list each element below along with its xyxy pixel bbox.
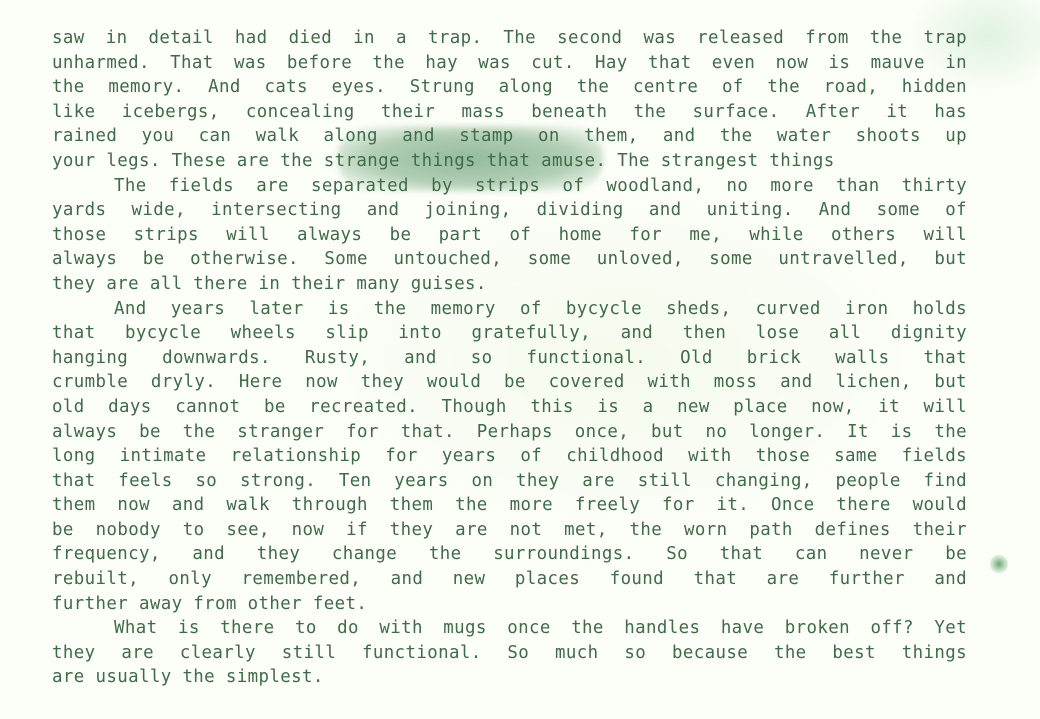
text-line: The fields are separated by strips of wo… (52, 174, 967, 199)
text-line: further away from other feet. (52, 592, 967, 617)
text-line: always be the stranger for that. Perhaps… (52, 420, 967, 445)
text-line: are usually the simplest. (52, 665, 967, 690)
text-line: long intimate relationship for years of … (52, 444, 967, 469)
text-line: they are all there in their many guises. (52, 272, 967, 297)
text-line: be nobody to see, now if they are not me… (52, 518, 967, 543)
text-line: like icebergs, concealing their mass ben… (52, 100, 967, 125)
text-line: that feels so strong. Ten years on they … (52, 469, 967, 494)
text-line: that bycycle wheels slip into gratefully… (52, 321, 967, 346)
text-line: crumble dryly. Here now they would be co… (52, 370, 967, 395)
text-line: always be otherwise. Some untouched, som… (52, 247, 967, 272)
ink-speck (990, 555, 1008, 573)
text-line: saw in detail had died in a trap. The se… (52, 26, 967, 51)
text-line: And years later is the memory of bycycle… (52, 297, 967, 322)
text-line: them now and walk through them the more … (52, 493, 967, 518)
text-line: they are clearly still functional. So mu… (52, 641, 967, 666)
text-line: yards wide, intersecting and joining, di… (52, 198, 967, 223)
text-line: hanging downwards. Rusty, and so functio… (52, 346, 967, 371)
typewritten-text-body: saw in detail had died in a trap. The se… (52, 26, 967, 690)
text-line: What is there to do with mugs once the h… (52, 616, 967, 641)
text-line: old days cannot be recreated. Though thi… (52, 395, 967, 420)
text-line: rained you can walk along and stamp on t… (52, 124, 967, 149)
text-line: those strips will always be part of home… (52, 223, 967, 248)
scanned-page: saw in detail had died in a trap. The se… (0, 0, 1040, 719)
text-line: frequency, and they change the surroundi… (52, 542, 967, 567)
text-line: rebuilt, only remembered, and new places… (52, 567, 967, 592)
text-line: the memory. And cats eyes. Strung along … (52, 75, 967, 100)
text-line: unharmed. That was before the hay was cu… (52, 51, 967, 76)
text-line: your legs. These are the strange things … (52, 149, 967, 174)
